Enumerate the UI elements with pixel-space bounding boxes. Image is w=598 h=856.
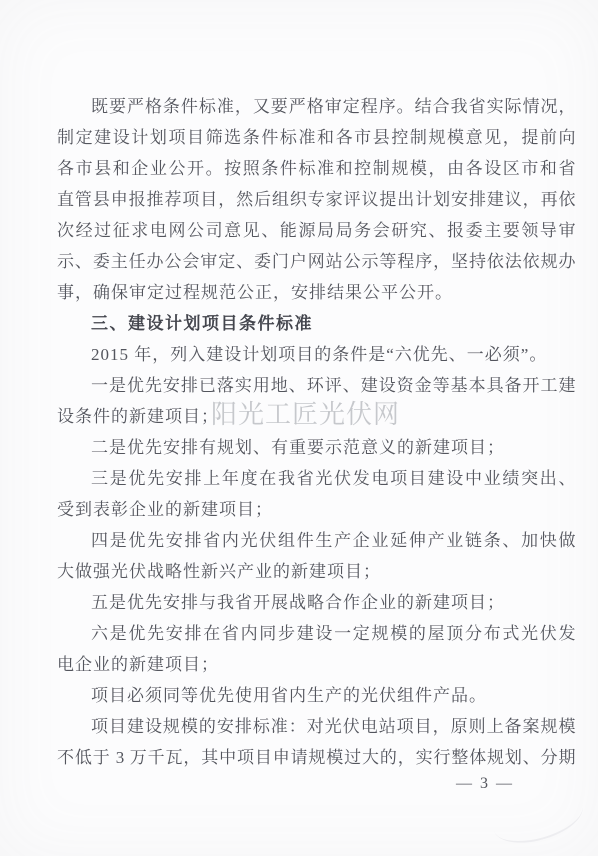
text-line: 2015 年，列入建设计划项目的条件是“六优先、一必须”。	[57, 339, 576, 370]
text-line: 事，确保审定过程规范公正，安排结果公平公开。	[57, 277, 576, 308]
text-line: 三是优先安排上年度在我省光伏发电项目建设中业绩突出、	[57, 463, 576, 494]
text-line: 四是优先安排省内光伏组件生产企业延伸产业链条、加快做	[57, 525, 576, 556]
section-heading: 三、建设计划项目条件标准	[57, 308, 576, 339]
text-line: 各市县和企业公开。按照条件标准和控制规模，由各设区市和省	[57, 153, 576, 184]
text-line: 设条件的新建项目；	[57, 401, 576, 432]
text-line: 五是优先安排与我省开展战略合作企业的新建项目；	[57, 587, 576, 618]
text-line: 项目必须同等优先使用省内生产的光伏组件产品。	[57, 680, 576, 711]
text-line: 项目建设规模的安排标准：对光伏电站项目，原则上备案规模	[57, 711, 576, 742]
page-number: — 3 —	[440, 773, 530, 795]
text-line: 电企业的新建项目；	[57, 649, 576, 680]
text-line: 不低于 3 万千瓦，其中项目申请规模过大的，实行整体规划、分期	[57, 742, 576, 773]
text-line: 示、委主任办公会审定、委门户网站公示等程序，坚持依法依规办	[57, 246, 576, 277]
document-body: 既要严格条件标准，又要严格审定程序。结合我省实际情况，制定建设计划项目筛选条件标…	[57, 91, 576, 773]
text-line: 六是优先安排在省内同步建设一定规模的屋顶分布式光伏发	[57, 618, 576, 649]
scanned-document-page: 阳光工匠光伏网 既要严格条件标准，又要严格审定程序。结合我省实际情况，制定建设计…	[0, 0, 598, 856]
text-line: 受到表彰企业的新建项目；	[57, 494, 576, 525]
text-line: 次经过征求电网公司意见、能源局局务会研究、报委主要领导审	[57, 215, 576, 246]
text-line: 直管县申报推荐项目，然后组织专家评议提出计划安排建议，再依	[57, 184, 576, 215]
text-line: 一是优先安排已落实用地、环评、建设资金等基本具备开工建	[57, 370, 576, 401]
text-line: 二是优先安排有规划、有重要示范意义的新建项目；	[57, 432, 576, 463]
text-line: 既要严格条件标准，又要严格审定程序。结合我省实际情况，	[57, 91, 576, 122]
text-line: 制定建设计划项目筛选条件标准和各市县控制规模意见，提前向	[57, 122, 576, 153]
text-line: 大做强光伏战略性新兴产业的新建项目；	[57, 556, 576, 587]
